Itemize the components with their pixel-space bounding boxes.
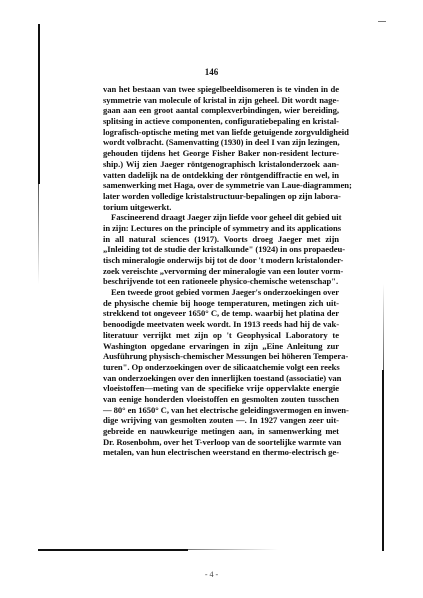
text-line: strekkend tot ongeveer 1650° C, de temp.… (103, 308, 339, 319)
text-line: van onderzoekingen over den innerlijken … (103, 373, 339, 384)
text-line: in zijn: Lectures on the principle of sy… (103, 223, 339, 234)
text-line: de physische chemie bij hooge temperatur… (103, 298, 339, 309)
text-line: metalen, van hun electrischen weerstand … (103, 447, 339, 458)
footer-page-number: - 4 - (0, 570, 423, 579)
text-line: Ausführung physisch-chemischer Messungen… (103, 351, 339, 362)
text-line: dige wrijving van gesmolten zouten —. In… (103, 415, 339, 426)
scan-border-bottom-fade (188, 549, 278, 550)
text-line: later worden volledige kristalstructuur-… (103, 191, 339, 202)
text-line: splitsing in actieve componenten, config… (103, 116, 339, 127)
text-line: van eenige honderden vloeistoffen en ges… (103, 394, 339, 405)
text-line: wordt volbracht. (Samenvatting (1930) in… (103, 137, 339, 148)
scan-border-right (382, 370, 384, 551)
text-line: vloeistoffen—meting van de specifieke vr… (103, 383, 339, 394)
scan-mark-top (378, 21, 386, 22)
text-line: symmetrie van molecule of kristal in zij… (103, 95, 339, 106)
text-line: Fascineerend draagt Jaeger zijn liefde v… (103, 212, 339, 223)
text-line: — 80° en 1650° C, van het electrische ge… (103, 405, 339, 416)
body-text: van het bestaan van twee spiegelbeeldiso… (103, 84, 339, 458)
text-line: turen". Op onderzoekingen over de silica… (103, 362, 339, 373)
scan-border-bottom (38, 549, 188, 551)
scan-border-left (38, 24, 40, 184)
text-line: Dr. Rosenbohm, over het T-verloop van de… (103, 437, 339, 448)
text-line: lografisch-optische meting met van liefd… (103, 127, 339, 138)
text-line: van het bestaan van twee spiegelbeeldiso… (103, 84, 339, 95)
text-line: samenwerking met Haga, over de symmetrie… (103, 180, 339, 191)
text-line: zoek vereischte „vervorming der mineralo… (103, 266, 339, 277)
text-line: „Inleiding tot de studie der kristalkund… (103, 244, 339, 255)
text-line: benoodigde meetvaten week wordt. In 1913… (103, 319, 339, 330)
text-line: gehouden tijdens het George Fisher Baker… (103, 148, 339, 159)
text-line: Washington opgedane ervaringen in zijn „… (103, 341, 339, 352)
header-page-number: 146 (0, 67, 423, 77)
text-line: vatten dadelijk na de ontdekking der rön… (103, 170, 339, 181)
text-line: torium uitgewerkt. (103, 202, 339, 213)
scan-border-right-fade (383, 284, 384, 370)
text-line: ship.) Wij zien Jaeger röntgenographisch… (103, 159, 339, 170)
text-line: beschrijvende tot een rationeele physico… (103, 276, 339, 287)
text-line: tisch mineralogie onderwijs bij tot de d… (103, 255, 339, 266)
text-line: in all natural sciences (1917). Voorts d… (103, 234, 339, 245)
scan-border-left-fade (38, 184, 39, 284)
text-line: Een tweede groot gebied vormen Jaeger's … (103, 287, 339, 298)
text-line: gaan aan een groot aantal complexverbind… (103, 105, 339, 116)
text-line: literatuur verrijkt met zijn op 't Geoph… (103, 330, 339, 341)
text-line: gebreide en nauwkeurige metingen aan, in… (103, 426, 339, 437)
